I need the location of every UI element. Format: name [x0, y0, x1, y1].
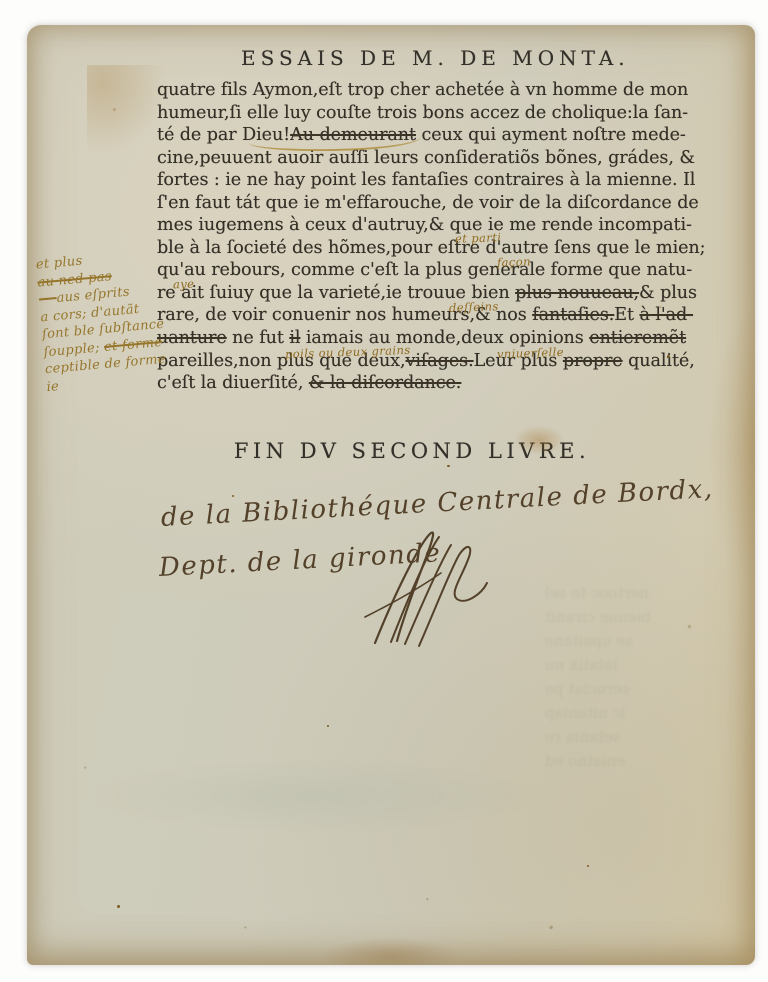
text-segment: ſ'en faut tát que ie m'effarouche, de vo… [157, 193, 699, 213]
text-segment: quatre fils Aymon,eſt trop cher achetée … [157, 80, 688, 100]
text-segment: fortes : ie ne hay point les fantaſies c… [157, 170, 695, 190]
text-line: humeur,ſi elle luy couſte trois bons acc… [157, 103, 667, 126]
show-through-line: se upaitane [545, 629, 760, 653]
struck-text: fantaſies. [532, 305, 614, 325]
show-through-line: seruciat pe [545, 677, 760, 701]
page-header-title: ESSAIS DE M. DE MONTA. [241, 46, 681, 70]
text-line: rare, de voir conuenir nos humeurs,& nos… [157, 305, 667, 328]
show-through-line: iatatik nu [545, 653, 760, 677]
text-segment: Et [614, 305, 639, 325]
paper-speck [232, 495, 234, 497]
struck-text: à l'ad- [639, 305, 693, 325]
body-text: quatre fils Aymon,eſt trop cher achetée … [157, 80, 667, 396]
text-line: re ait ſuiuy que la varieté,ie trouue bi… [157, 283, 667, 306]
struck-text: entieremẽt [589, 328, 686, 348]
text-segment: cine,peuuent auoir auſſi leurs conſidera… [157, 148, 695, 168]
margin-note: et plusau ned pas— aus eſpritsa cors; d'… [35, 242, 217, 396]
interlinear-note: aye [173, 277, 195, 292]
text-segment: ie [46, 379, 60, 395]
show-through-line: eniatno ed [545, 749, 760, 773]
text-segment: humeur,ſi elle luy couſte trois bons acc… [157, 103, 688, 123]
text-segment: qu'au rebours, comme c'eſt la plus gener… [157, 260, 692, 280]
show-through-line: bieuue ciranit [545, 605, 760, 629]
scanned-book-page-background: { "document": { "header": "ESSAIS DE M. … [0, 0, 768, 982]
text-line: fortes : ie ne hay point les fantaſies c… [157, 170, 667, 193]
struck-text: plus nouueau, [515, 283, 639, 303]
text-segment: qualité, [623, 351, 695, 371]
paper-speck [667, 355, 670, 358]
paper-speck [327, 725, 329, 727]
text-line: pareilles,non plus que deux,viſages.Leur… [157, 351, 667, 374]
text-line: quatre fils Aymon,eſt trop cher achetée … [157, 80, 667, 103]
text-segment: & plus [639, 283, 697, 303]
signature-paraph-icon [345, 521, 505, 651]
text-line: c'eſt la diuerſité, & la diſcordance. [157, 373, 667, 396]
interlinear-note: et parti [455, 230, 502, 246]
show-through-text: nertooc te selbieuue ciranitse upaitanei… [545, 581, 760, 773]
text-segment: mes iugemens à ceux d'autruy,& que ie me… [157, 215, 692, 235]
interlinear-note: deſſeins [449, 299, 499, 315]
show-through-line: setania re [545, 725, 760, 749]
paper-speck [587, 865, 589, 867]
struck-text: — [38, 291, 57, 307]
colophon-title: FIN DV SECOND LIVRE. [157, 439, 667, 463]
text-line: ſ'en faut tát que ie m'effarouche, de vo… [157, 193, 667, 216]
text-line: qu'au rebours, comme c'eſt la plus gener… [157, 260, 667, 283]
ink-stain [513, 425, 565, 455]
show-through-line: nertooc te sel [545, 581, 760, 605]
text-segment: ble à la ſocieté des hõmes,pour eſtre d'… [157, 238, 705, 258]
text-line: cine,peuuent auoir auſſi leurs conſidera… [157, 148, 667, 171]
text-segment: ne fut [227, 328, 290, 348]
paper-speck [117, 905, 120, 908]
show-through-line: ic nitaniap [545, 701, 760, 725]
paper-speck [447, 465, 450, 467]
corner-stain [87, 65, 167, 155]
struck-text: & la diſcordance. [309, 373, 461, 393]
struck-text: viſages. [406, 351, 474, 371]
text-segment: ceux qui ayment noſtre mede- [416, 125, 686, 145]
text-line: mes iugemens à ceux d'autruy,& que ie me… [157, 215, 667, 238]
struck-text: propre [563, 351, 623, 371]
text-line: ble à la ſocieté des hõmes,pour eſtre d'… [157, 238, 667, 261]
interlinear-note: façon [497, 254, 531, 269]
text-segment: et plus [35, 254, 83, 273]
interlinear-note: vniuerſelle [497, 345, 564, 361]
struck-text: il [289, 328, 300, 348]
page: ESSAIS DE M. DE MONTA. quatre fils Aymon… [27, 25, 755, 965]
text-line: uanture ne fut il iamais au monde,deux o… [157, 328, 667, 351]
